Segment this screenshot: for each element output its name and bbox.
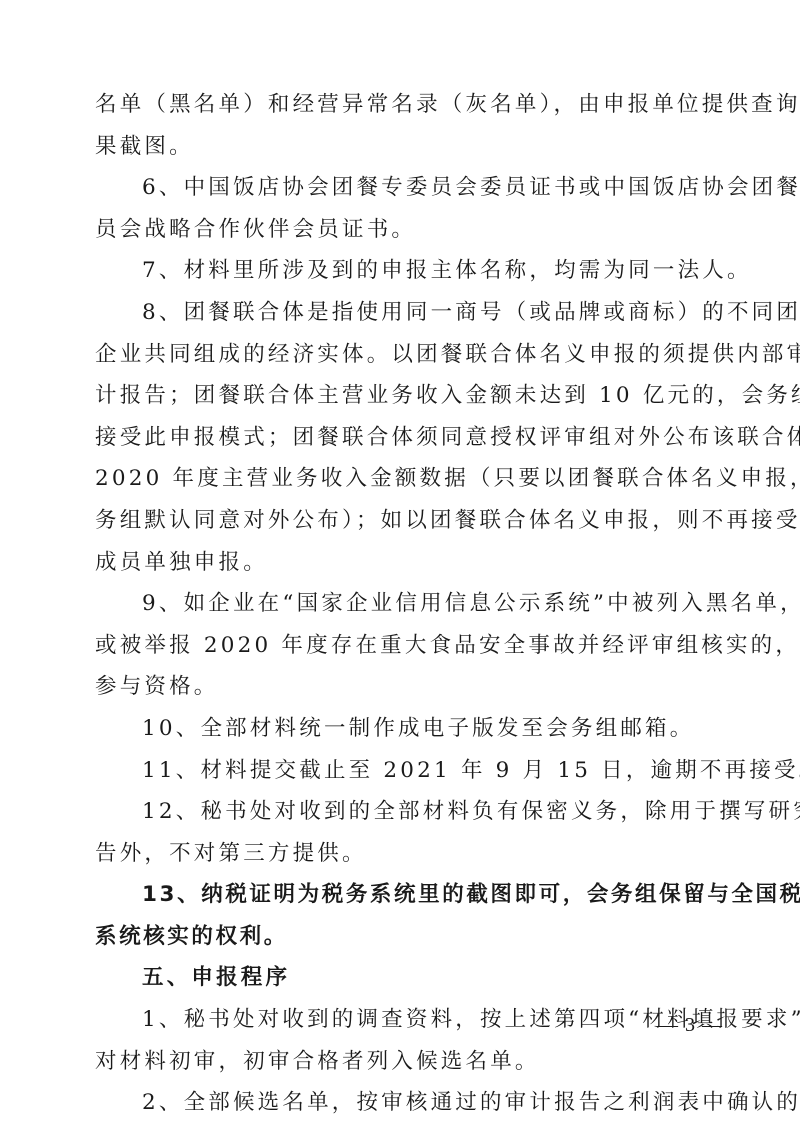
paragraph-line: 1、秘书处对收到的调查资料，按上述第四项“材料填报要求”	[95, 999, 717, 1041]
bold-paragraph-line: 系统核实的权利。	[95, 916, 717, 958]
paragraph-line: 名单（黑名单）和经营异常名录（灰名单），由申报单位提供查询结	[95, 84, 717, 126]
paragraph-line: 6、中国饭店协会团餐专委员会委员证书或中国饭店协会团餐委	[95, 167, 717, 209]
paragraph-line: 8、团餐联合体是指使用同一商号（或品牌或商标）的不同团餐	[95, 292, 717, 334]
paragraph-line: 12、秘书处对收到的全部材料负有保密义务，除用于撰写研究报	[95, 791, 717, 833]
paragraph-line: 员会战略合作伙伴会员证书。	[95, 209, 717, 251]
paragraph-line: 成员单独申报。	[95, 542, 717, 584]
paragraph-line: 务组默认同意对外公布）；如以团餐联合体名义申报，则不再接受其	[95, 500, 717, 542]
paragraph-line: 10、全部材料统一制作成电子版发至会务组邮箱。	[95, 708, 717, 750]
section-heading: 五、申报程序	[95, 957, 717, 999]
paragraph-line: 9、如企业在“国家企业信用信息公示系统”中被列入黑名单，	[95, 583, 717, 625]
page-number: — 3 —	[658, 1014, 723, 1037]
paragraph-line: 计报告；团餐联合体主营业务收入金额未达到 10 亿元的，会务组不	[95, 375, 717, 417]
paragraph-line: 告外，不对第三方提供。	[95, 833, 717, 875]
paragraph-line: 果截图。	[95, 126, 717, 168]
paragraph-line: 11、材料提交截止至 2021 年 9 月 15 日，逾期不再接受。	[95, 750, 717, 792]
paragraph-line: 2、全部候选名单，按审核通过的审计报告之利润表中确认的主	[95, 1082, 717, 1124]
paragraph-line: 2020 年度主营业务收入金额数据（只要以团餐联合体名义申报，会	[95, 458, 717, 500]
paragraph-line: 对材料初审，初审合格者列入候选名单。	[95, 1041, 717, 1083]
paragraph-line: 参与资格。	[95, 666, 717, 708]
bold-paragraph-line: 13、纳税证明为税务系统里的截图即可，会务组保留与全国税务	[95, 874, 717, 916]
paragraph-line: 接受此申报模式；团餐联合体须同意授权评审组对外公布该联合体	[95, 417, 717, 459]
paragraph-line: 或被举报 2020 年度存在重大食品安全事故并经评审组核实的，取消	[95, 625, 717, 667]
paragraph-line: 企业共同组成的经济实体。以团餐联合体名义申报的须提供内部审	[95, 334, 717, 376]
document-body: 名单（黑名单）和经营异常名录（灰名单），由申报单位提供查询结 果截图。 6、中国…	[95, 84, 717, 1124]
paragraph-line: 7、材料里所涉及到的申报主体名称，均需为同一法人。	[95, 250, 717, 292]
